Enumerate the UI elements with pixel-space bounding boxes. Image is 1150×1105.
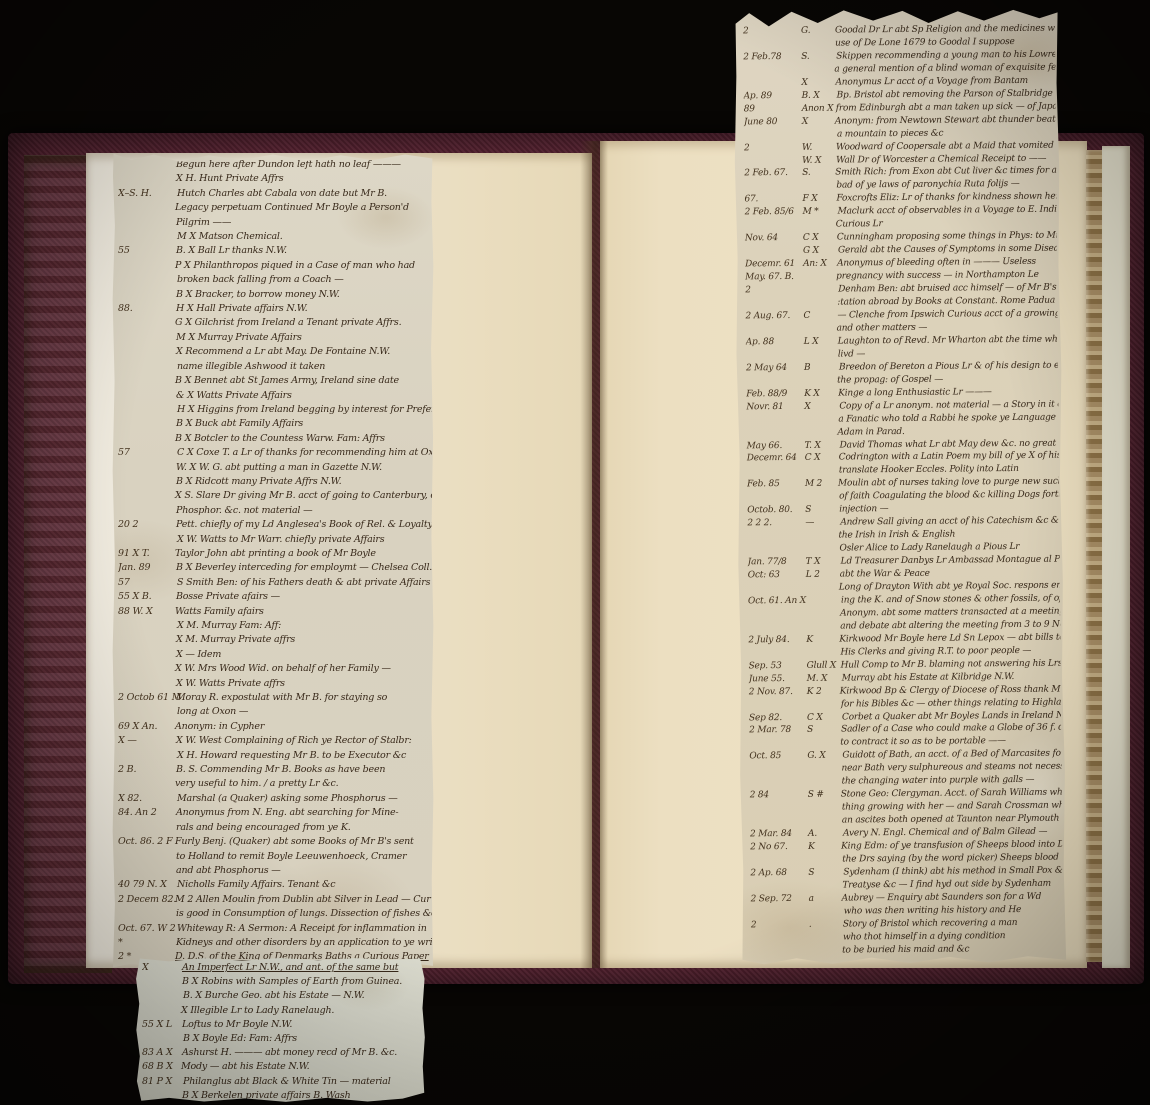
line-code: M 2 [805, 478, 839, 491]
manuscript-line: XAn Imperfect Lr N.W., and ant. of the s… [142, 961, 424, 975]
line-date [745, 297, 803, 310]
line-margin: 88. [118, 302, 176, 316]
line-margin [118, 633, 176, 647]
line-date [749, 737, 807, 750]
manuscript-line: W. X W. G. abt putting a man in Gazette … [118, 461, 432, 475]
line-code [807, 737, 841, 750]
line-text: Legacy perpetuam Continued Mr Boyle a Pe… [175, 201, 431, 215]
manuscript-line: to Holland to remit Boyle Leeuwenhoeck, … [118, 850, 432, 864]
line-margin [118, 417, 176, 431]
line-code [808, 879, 842, 892]
line-margin: X–S. H. [118, 187, 176, 201]
line-code [807, 698, 841, 711]
line-text: Corbet a Quaker abt Mr Boyles Lands in I… [842, 709, 1061, 724]
line-margin [118, 533, 176, 547]
manuscript-line: X M. Murray Fam: Aff: [118, 619, 432, 633]
line-code: W. X [802, 154, 836, 167]
line-date: Octob. 80. [747, 504, 805, 517]
manuscript-line: G X Gilchrist from Ireland a Tenant priv… [118, 316, 432, 330]
line-code: X [804, 400, 838, 413]
manuscript-line: 40 79 N. XNicholls Family Affairs. Tenan… [118, 878, 432, 892]
line-date: 2 Feb. 67. [744, 167, 802, 180]
line-margin [118, 432, 176, 446]
line-date: 2 84 [750, 789, 808, 802]
line-date [751, 932, 809, 945]
line-text: G X Gilchrist from Ireland a Tenant priv… [175, 316, 431, 330]
manuscript-line: Ap. 89B. XBp. Bristol abt removing the P… [744, 87, 1056, 103]
line-code: G. [801, 25, 835, 38]
line-code: Anon X [802, 102, 836, 115]
line-code [808, 802, 842, 815]
line-code: C [803, 310, 837, 323]
manuscript-line: X H. Hunt Private Affrs [118, 172, 432, 186]
manuscript-line: 20 2Pett. chiefly of my Ld Anglesea's Bo… [118, 518, 432, 532]
line-text: X W. Mrs Wood Wid. on behalf of her Fami… [175, 662, 431, 676]
line-date: Ap. 88 [746, 336, 804, 349]
line-margin: 81 P X [142, 1075, 182, 1089]
manuscript-line: Phosphor. &c. not material — [118, 504, 432, 518]
line-text: B X Berkelen private affairs B. Wash [182, 1089, 424, 1103]
line-code: K [808, 841, 842, 854]
line-margin [118, 316, 176, 330]
line-date: 2 [743, 25, 801, 38]
line-date: June 55. [749, 672, 807, 685]
manuscript-line: 84. An 2Anonymus from N. Eng. abt search… [118, 806, 432, 820]
manuscript-line: Feb. 85M 2Moulin abt of nurses taking lo… [747, 476, 1059, 492]
line-margin [118, 273, 176, 287]
line-text: Mody — abt his Estate N.W. [181, 1060, 423, 1074]
line-margin [118, 201, 176, 215]
line-text: Anonym: in Cypher [175, 720, 431, 734]
line-text: Denham Ben: abt bruised acc himself — of… [838, 282, 1057, 297]
line-margin [118, 907, 176, 921]
manuscript-line: who was then writing his history and He [751, 903, 1063, 919]
line-code: C X [803, 232, 837, 245]
line-margin: 55 [118, 244, 176, 258]
line-date [750, 854, 808, 867]
manuscript-line: Legacy perpetuam Continued Mr Boyle a Pe… [118, 201, 432, 215]
line-date [748, 647, 806, 660]
line-date: 2 2 2. [747, 517, 805, 530]
line-text: M 2 Allen Moulin from Dublin abt Silver … [175, 893, 432, 907]
right-page-edge [1086, 150, 1102, 962]
manuscript-line: 68 B XMody — abt his Estate N.W. [142, 1060, 424, 1074]
manuscript-line: G XGerald abt the Causes of Symptoms in … [745, 243, 1057, 259]
line-text: is good in Consumption of lungs. Dissect… [176, 907, 432, 921]
line-code [801, 63, 835, 76]
line-margin [142, 1089, 182, 1103]
line-date: Decemr. 64 [747, 452, 805, 465]
line-code: T X [806, 556, 840, 569]
line-text: to Holland to remit Boyle Leeuwenhoeck, … [176, 850, 432, 864]
line-text: Taylor John abt printing a book of Mr Bo… [175, 547, 431, 561]
line-text: Gerald abt the Causes of Symptoms in som… [838, 243, 1057, 258]
manuscript-line: the Irish in Irish & English [747, 528, 1059, 544]
line-date: 2 Mar. 78 [749, 724, 807, 737]
line-margin: 69 X An. [118, 720, 176, 734]
manuscript-line: the propag: of Gospel — [746, 372, 1058, 388]
line-margin [118, 403, 176, 417]
line-text: Moulin abt of nurses taking love to purg… [838, 476, 1059, 491]
line-date [743, 64, 801, 77]
manuscript-line: is good in Consumption of lungs. Dissect… [118, 907, 432, 921]
manuscript-line: 83 A XAshurst H. ——— abt money recd of M… [142, 1046, 424, 1060]
line-margin: 57 [118, 446, 176, 460]
line-text: X — Idem [176, 648, 432, 662]
line-date [745, 219, 803, 232]
line-code [803, 271, 837, 284]
line-date: 2 Feb. 85/6 [745, 206, 803, 219]
line-text: Pett. chiefly of my Ld Anglesea's Book o… [176, 518, 432, 532]
manuscript-line: 2Denham Ben: abt bruised acc himself — o… [745, 282, 1057, 298]
line-text: B X Bennet abt St James Army, Ireland si… [175, 374, 431, 388]
manuscript-line: 55 X B.Bosse Private afairs — [118, 590, 432, 604]
line-date: 2 Sep. 72 [751, 893, 809, 906]
line-margin [118, 475, 176, 489]
line-date: 2 No 67. [750, 841, 808, 854]
line-text: X W. West Complaining of Rich ye Rector … [176, 734, 432, 748]
line-margin [118, 230, 176, 244]
line-text: B X Ridcott many Private Affrs N.W. [176, 475, 432, 489]
line-code [809, 931, 843, 944]
line-text: H X Hall Private affairs N.W. [176, 302, 432, 316]
line-code: K X [804, 387, 838, 400]
line-text: name illegible Ashwood it taken [177, 360, 432, 374]
line-text: Whiteway R: A Sermon: A Receipt for infl… [177, 922, 432, 936]
line-text: B X Buck abt Family Affairs [176, 417, 432, 431]
line-text: King Edm: of ye transfusion of Sheeps bl… [841, 839, 1062, 854]
line-text: long at Oxon — [177, 705, 432, 719]
line-date [748, 621, 806, 634]
line-code [804, 426, 838, 439]
line-text: and abt Phosphorus — [176, 864, 432, 878]
line-text: who was then writing his history and He [844, 903, 1063, 918]
manuscript-line: & X Watts Private Affairs [118, 389, 432, 403]
line-margin: * [118, 936, 176, 950]
line-date: Oct: 63 [748, 569, 806, 582]
line-date: 2 [744, 141, 802, 154]
line-text: Curious Lr [836, 217, 1056, 232]
line-date: May 66. [747, 439, 805, 452]
manuscript-line: May 66.T. XDavid Thomas what Lr abt May … [747, 437, 1059, 453]
line-margin [118, 489, 176, 503]
line-margin [118, 619, 176, 633]
line-date: June 80 [744, 116, 802, 129]
line-date [744, 180, 802, 193]
right-manuscript-strip: 2G.Goodal Dr Lr abt Sp Religion and the … [733, 7, 1067, 967]
line-text: Stone Geo: Clergyman. Acct. of Sarah Wil… [841, 787, 1062, 802]
manuscript-line: Oct. 85G. XGuidott of Bath, an acct. of … [749, 748, 1061, 764]
manuscript-line: 2 Ap. 68SSydenham (I think) abt his meth… [750, 865, 1062, 881]
manuscript-line: X–S. H.Hutch Charles abt Cabala von date… [118, 187, 432, 201]
manuscript-line: 2 Decem 82.M 2 Allen Moulin from Dublin … [118, 893, 432, 907]
manuscript-line: H X Higgins from Ireland begging by inte… [118, 403, 432, 417]
line-date: Feb. 88/9 [746, 388, 804, 401]
line-margin [118, 864, 176, 878]
line-text: Watts Family afairs [175, 605, 431, 619]
line-text: Hutch Charles abt Cabala von date but Mr… [177, 187, 432, 201]
line-date: Sep 82. [749, 711, 807, 724]
line-code: An: X [803, 258, 837, 271]
line-text: Smith Rich: from Exon abt Cut liver &c t… [835, 165, 1056, 180]
line-margin: 55 X B. [118, 590, 176, 604]
line-date [750, 776, 808, 789]
line-code [808, 815, 842, 828]
line-margin [118, 705, 176, 719]
line-margin [118, 172, 176, 186]
line-text: M X Murray Private Affairs [176, 331, 432, 345]
line-margin [118, 158, 176, 172]
line-code: S [807, 724, 841, 737]
manuscript-line: X W. Watts Private affrs [118, 677, 432, 691]
manuscript-line: long at Oxon — [118, 705, 432, 719]
line-date [743, 77, 801, 90]
line-date: Oct. 85 [749, 750, 807, 763]
manuscript-line: X 82.Marshal (a Quaker) asking some Phos… [118, 792, 432, 806]
line-text: X M. Murray Private affrs [176, 633, 432, 647]
line-date [747, 491, 805, 504]
line-date: May. 67. B. [745, 271, 803, 284]
manuscript-line: B X Botcler to the Countess Warw. Fam: A… [118, 432, 432, 446]
line-code: X [801, 76, 835, 89]
manuscript-line: very useful to him. / a pretty Lr &c. [118, 777, 432, 791]
line-code [803, 219, 837, 232]
manuscript-line: M X Murray Private Affairs [118, 331, 432, 345]
manuscript-line: Oct. 67. W 2Whiteway R: A Sermon: A Rece… [118, 922, 432, 936]
line-text: Copy of a Lr anonym. not material — a St… [839, 398, 1058, 413]
line-date: 67. [744, 193, 802, 206]
line-code [806, 607, 840, 620]
line-text: X Recommend a Lr abt May. De Fontaine N.… [176, 345, 432, 359]
line-code: a [809, 892, 843, 905]
line-code: L X [804, 335, 838, 348]
line-text: Bp. Bristol abt removing the Parson of S… [837, 87, 1056, 102]
line-code [802, 180, 836, 193]
manuscript-line: Pilgrim —— [118, 216, 432, 230]
bottom-manuscript-strip: XAn Imperfect Lr N.W., and ant. of the s… [134, 957, 426, 1103]
line-text: the propag: of Gospel — [837, 372, 1057, 387]
line-text: W. X W. G. abt putting a man in Gazette … [176, 461, 432, 475]
line-code: — [805, 517, 839, 530]
line-date: 2 [751, 919, 809, 932]
line-text: broken back falling from a Coach — [177, 273, 432, 287]
line-date: 2 [745, 284, 803, 297]
manuscript-line: Jan. 89B X Beverley interceding for empl… [118, 561, 432, 575]
manuscript-line: 55B. X Ball Lr thanks N.W. [118, 244, 432, 258]
manuscript-line: 2 No 67.KKing Edm: of ye transfusion of … [750, 839, 1062, 855]
manuscript-line: *Kidneys and other disorders by an appli… [118, 936, 432, 950]
line-margin: 20 2 [118, 518, 176, 532]
line-text: X M. Murray Fam: Aff: [177, 619, 432, 633]
line-code [802, 128, 836, 141]
line-date: 2 May 64 [746, 362, 804, 375]
manuscript-line: Jan. 77/8T XLd Treasurer Danbys Lr Ambas… [748, 554, 1060, 570]
line-code [804, 322, 838, 335]
line-margin: Oct. 67. W 2 [118, 922, 176, 936]
manuscript-line: Oct. 86. 2 FFurly Benj. (Quaker) abt som… [118, 835, 432, 849]
line-date [747, 465, 805, 478]
line-date [749, 763, 807, 776]
manuscript-line: X — Idem [118, 648, 432, 662]
line-text: An Imperfect Lr N.W., and ant. of the sa… [182, 961, 424, 975]
line-date [744, 154, 802, 167]
line-text: rals and being encouraged from ye K. [176, 821, 432, 835]
manuscript-line: B. X Burche Geo. abt his Estate — N.W. [142, 989, 424, 1003]
line-text: the Irish in Irish & English [838, 528, 1058, 543]
manuscript-line: 2 Nov. 87.K 2Kirkwood Bp & Clergy of Dio… [749, 683, 1061, 699]
manuscript-line: 57S Smith Ben: of his Fathers death & ab… [118, 576, 432, 590]
line-date [751, 944, 809, 957]
line-code: S [805, 504, 839, 517]
manuscript-line: X W. Watts to Mr Warr. chiefly private A… [118, 533, 432, 547]
line-margin: 68 B X [142, 1060, 182, 1074]
manuscript-line: P X Philanthropos piqued in a Case of ma… [118, 259, 432, 273]
line-text: & X Watts Private Affairs [176, 389, 432, 403]
line-date: Feb. 85 [747, 478, 805, 491]
line-margin [118, 259, 176, 273]
line-text: B X Robins with Samples of Earth from Gu… [182, 975, 424, 989]
line-text: Moray R. expostulat with Mr B. for stayi… [176, 691, 432, 705]
manuscript-line: 69 X An.Anonym: in Cypher [118, 720, 432, 734]
manuscript-line: X M. Murray Private affrs [118, 633, 432, 647]
line-text: X S. Slare Dr giving Mr B. acct of going… [175, 489, 432, 503]
manuscript-line: 2 July 84.KKirkwood Mr Boyle here Ld Sn … [748, 631, 1060, 647]
line-date [743, 38, 801, 51]
line-code: G. X [807, 750, 841, 763]
line-text: X H. Hunt Private Affrs [176, 172, 432, 186]
line-text: B X Bracker, to borrow money N.W. [176, 288, 432, 302]
manuscript-line: name illegible Ashwood it taken [118, 360, 432, 374]
line-date: Decemr. 61 [745, 258, 803, 271]
line-code: C X [807, 711, 841, 724]
manuscript-line: 81 P XPhilanglus abt Black & White Tin —… [142, 1075, 424, 1089]
line-margin [118, 749, 176, 763]
line-margin [118, 677, 176, 691]
line-text: B. S. Commending Mr B. Books as have bee… [176, 763, 432, 777]
line-date [750, 815, 808, 828]
manuscript-line: 2 Feb. 67.S.Smith Rich: from Exon abt Cu… [744, 165, 1056, 181]
manuscript-line: rals and being encouraged from ye K. [118, 821, 432, 835]
line-margin: 57 [118, 576, 176, 590]
line-code: Glull X [807, 659, 841, 672]
line-date [750, 802, 808, 815]
line-code [804, 374, 838, 387]
line-date: Sep. 53 [749, 660, 807, 673]
line-text: Anonymus from N. Eng. abt searching for … [176, 806, 432, 820]
line-margin: X — [118, 734, 176, 748]
line-code: W. [802, 141, 836, 154]
line-margin [142, 1032, 182, 1046]
line-text: Philanglus abt Black & White Tin — mater… [183, 1075, 424, 1089]
line-text: S Smith Ben: of his Fathers death & abt … [177, 576, 432, 590]
line-code [809, 944, 843, 957]
line-text: X W. Watts Private affrs [176, 677, 432, 691]
line-margin [118, 216, 176, 230]
line-code: B. X [802, 89, 836, 102]
line-code [801, 38, 835, 51]
line-code [808, 776, 842, 789]
line-text: Guidott of Bath, an acct. of a Bed of Ma… [842, 748, 1061, 763]
line-margin: Oct. 86. 2 F [118, 835, 176, 849]
manuscript-line: and abt Phosphorus — [118, 864, 432, 878]
line-margin: X 82. [118, 792, 176, 806]
line-date [744, 128, 802, 141]
line-date [749, 698, 807, 711]
line-margin: Jan. 89 [118, 561, 176, 575]
line-text: X H. Howard requesting Mr B. to be Execu… [177, 749, 432, 763]
line-date: Novr. 81 [746, 400, 804, 413]
manuscript-line: B X Bennet abt St James Army, Ireland si… [118, 374, 432, 388]
line-margin [118, 461, 176, 475]
manuscript-line: B X Boyle Ed: Fam: Affrs [142, 1032, 424, 1046]
manuscript-line: Sep 82.C XCorbet a Quaker abt Mr Boyles … [749, 709, 1061, 725]
line-date [747, 543, 805, 556]
manuscript-line: Curious Lr [745, 217, 1057, 233]
line-margin: 2 B. [118, 763, 176, 777]
line-code: C X [805, 452, 839, 465]
line-code: S [808, 866, 842, 879]
manuscript-line: 2 Octob 61 MMoray R. expostulat with Mr … [118, 691, 432, 705]
line-date: Nov. 64 [745, 232, 803, 245]
line-text: H X Higgins from Ireland begging by inte… [177, 403, 432, 417]
line-text: X W. Watts to Mr Warr. chiefly private A… [177, 533, 432, 547]
line-code [808, 854, 842, 867]
line-date: Jan. 77/8 [748, 556, 806, 569]
line-date [746, 349, 804, 362]
line-text: C X Coxe T. a Lr of thanks for recommend… [177, 446, 432, 460]
line-code: . [809, 918, 843, 931]
manuscript-line: a general mention of a blind woman of ex… [743, 61, 1055, 77]
line-margin [118, 374, 176, 388]
line-date [746, 375, 804, 388]
line-text: Ashurst H. ——— abt money recd of Mr B. &… [182, 1046, 424, 1060]
manuscript-line: to be buried his maid and &c [751, 942, 1063, 958]
line-code [805, 530, 839, 543]
line-margin [118, 662, 176, 676]
line-code [804, 413, 838, 426]
line-code [803, 284, 837, 297]
manuscript-line: 88 W. XWatts Family afairs [118, 605, 432, 619]
line-code [806, 620, 840, 633]
line-text: David Thomas what Lr abt May dew &c. no … [840, 437, 1059, 452]
line-margin [118, 360, 176, 374]
line-code [805, 491, 839, 504]
line-margin: 83 A X [142, 1046, 182, 1060]
line-date: 2 Feb.78 [743, 51, 801, 64]
line-margin [118, 504, 176, 518]
line-margin: 40 79 N. X [118, 878, 176, 892]
line-code: L 2 [806, 569, 840, 582]
line-code: K 2 [807, 685, 841, 698]
line-date [750, 880, 808, 893]
manuscript-line: 88.H X Hall Private affairs N.W. [118, 302, 432, 316]
line-text: M X Matson Chemical. [177, 230, 432, 244]
manuscript-line: B X Buck abt Family Affairs [118, 417, 432, 431]
line-code [807, 763, 841, 776]
line-margin [142, 975, 182, 989]
line-text: Loftus to Mr Boyle N.W. [182, 1018, 424, 1032]
manuscript-line: Novr. 81XCopy of a Lr anonym. not materi… [746, 398, 1058, 414]
line-date [747, 530, 805, 543]
line-date [748, 582, 806, 595]
manuscript-line: and other matters — [746, 321, 1058, 337]
line-code [806, 582, 840, 595]
line-margin [118, 850, 176, 864]
manuscript-line: 55 X LLoftus to Mr Boyle N.W. [142, 1018, 424, 1032]
line-code [805, 543, 839, 556]
line-date [748, 608, 806, 621]
line-code [809, 905, 843, 918]
